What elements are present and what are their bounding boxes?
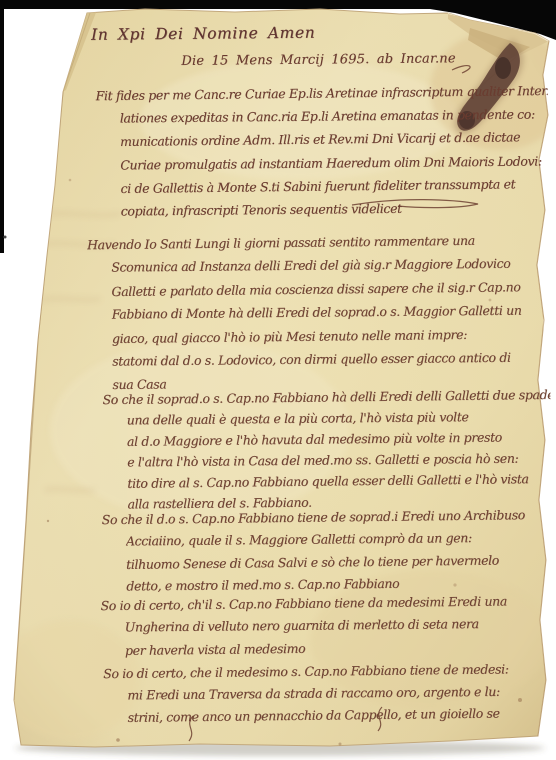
manuscript-line: Galletti e parlato della mia coscienza d…	[111, 275, 549, 304]
manuscript-line: ci de Gallettis à Monte S.ti Sabini fuer…	[120, 172, 548, 200]
manuscript-photo: In Xpi Dei Nomine Amen Die 15 Mens Marci…	[0, 0, 556, 760]
manuscript-paragraph: So che il d.o s. Cap.no Fabbiano tiene d…	[102, 504, 551, 598]
manuscript-line: tilhuomo Senese di Casa Salvi e sò che l…	[126, 549, 550, 576]
manuscript-line: giaco, qual giacco l'hò io più Mesi tenu…	[112, 322, 550, 351]
invocation-line: In Xpi Dei Nomine Amen	[91, 24, 315, 44]
manuscript-line: strini, come anco un pennacchio da Cappe…	[127, 702, 551, 729]
dateline: Die 15 Mens Marcij 1695. ab Incar.ne	[181, 51, 456, 69]
manuscript-line: copiata, infrascripti Tenoris sequentis …	[121, 195, 549, 222]
manuscript-paragraph: Fit fides per me Canc.re Curiae Ep.lis A…	[96, 79, 549, 223]
manuscript-paragraph: So che il soprad.o s. Cap.no Fabbiano hà…	[102, 384, 551, 514]
manuscript-paragraph: Havendo Io Santi Lungi li giorni passati…	[87, 228, 551, 396]
manuscript-paragraph: So io di certo, ch'il s. Cap.no Fabbiano…	[100, 590, 551, 662]
manuscript-paragraph: So io di certo, che il medesimo s. Cap.n…	[103, 658, 552, 729]
manuscript-text: In Xpi Dei Nomine Amen Die 15 Mens Marci…	[0, 0, 556, 760]
